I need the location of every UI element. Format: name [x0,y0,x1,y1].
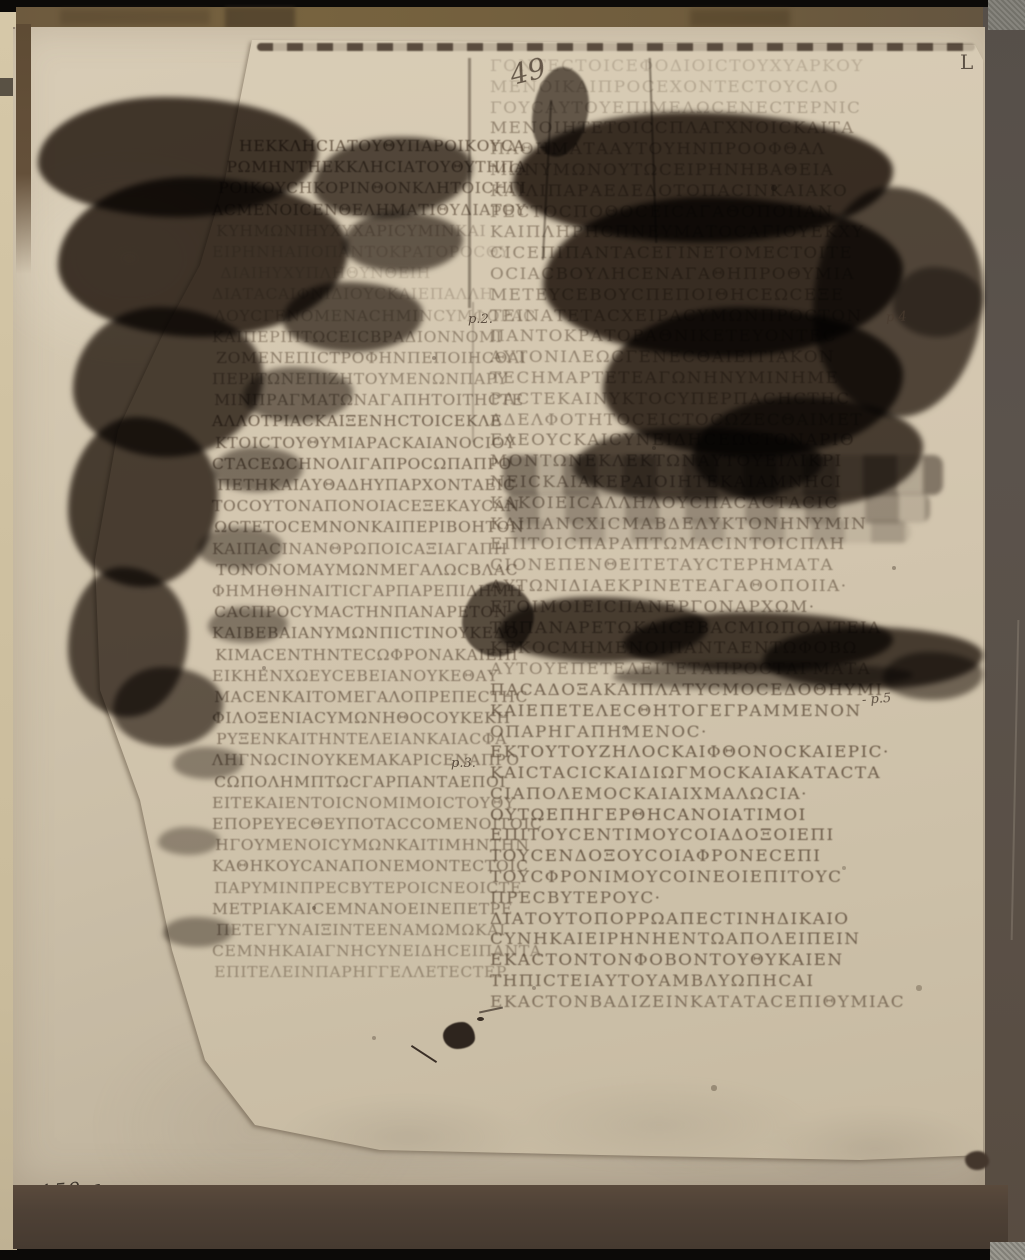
foxing-specks [13,27,15,29]
top-edge-soiling [257,43,975,51]
collation-mark-p5: - p.5 [862,691,892,708]
leaf-bottom-discoloration [263,1077,983,1197]
mount-board-left [16,24,31,274]
photo-print: ΗΕΚΚΛΗCΙΑΤΟΥΘΥΠΑΡΟΙΚΟΥCΑΡΩΜΗΝΤΗΕΚΚΛΗCΙΑΤ… [13,27,985,1185]
binding-cloth-corner-bottom [990,1242,1025,1260]
manuscript-text-line: ΔΙΑΤΟΥΤΟΠΟΡΡΩΑΠΕCΤΙΝΗΔΙΚΑΙΟ [490,909,905,930]
manuscript-text-line: ΕΚΑCΤΟΝΤΟΝΦΟΒΟΝΤΟΥΘΥΚΑΙΕΝ [490,950,905,971]
manuscript-text-line: ΠΡΕCΒΥΤΕΡΟΥC· [490,888,905,909]
manuscript-text-line: ΕΚΑCΤΟΝΒΑΔΙΖΕΙΝΚΑΤΑΤΑCΕΠΙΘΥΜΙΑC [490,992,905,1013]
manuscript-text-line: ΤΟΥCΕΝΔΟΞΟΥCΟΙΑΦΡΟΝΕCΕΠΙ [490,846,905,867]
manuscript-text-line: ΟΠΑΡΗΓΑΠΗΜΕΝΟC· [490,722,905,743]
collation-mark-p2: p.2. [468,312,493,327]
binding-cloth-corner-top [988,0,1025,30]
smear-band [503,455,943,495]
gutter-crease [468,58,471,308]
mount-stain [225,7,295,29]
photograph-of-manuscript-page: ΗΕΚΚΛΗCΙΑΤΟΥΘΥΠΑΡΟΙΚΟΥCΑΡΩΜΗΝΤΗΕΚΚΛΗCΙΑΤ… [0,0,1025,1260]
manuscript-text-line: ΤΟΥCΦΡΟΝΙΜΟΥCΟΙΝΕΟΙΕΠΙΤΟΥC [490,867,905,888]
smear-band [505,493,930,523]
manuscript-text-line: CΥΝΗΚΑΙΕΙΡΗΝΗΕΝΤΩΑΠΟΛΕΙΠΕΙΝ [490,929,905,950]
collation-mark-p3: p.3. [451,756,476,771]
dark-spot-bottom-right [965,1151,989,1170]
manuscript-text-line: ΕΚΤΟΥΤΟΥΖΗΛΟCΚΑΙΦΘΟΝΟCΚΑΙΕΡΙC· [490,742,905,763]
corner-mark: L [960,50,973,74]
album-edge-notch [0,78,13,96]
mount-board-bottom [13,1185,1008,1249]
manuscript-text-line: ΚΑΙΕΠΕΤΕΛΕCΘΗΤΟΓΕΓΡΑΜΜΕΝΟΝ [490,701,905,722]
mount-stain [60,9,210,25]
smear-band [511,521,911,543]
manuscript-text-line: CΙΟΝΕΠΕΝΘΕΙΤΕΤΑΥCΤΕΡΗΜΑΤΑ [490,555,905,576]
manuscript-text-line: ΟΥΤΩΕΠΗΓΕΡΘΗCΑΝΟΙΑΤΙΜΟΙ [490,805,905,826]
manuscript-text-line: ΕΠΙΤΟΥCΕΝΤΙΜΟΥCΟΙΑΔΟΞΟΙΕΠΙ [490,825,905,846]
manuscript-text-line: ΑΥΤΩΝΙΔΙΑΕΚΡΙΝΕΤΕΑΓΑΘΟΠΟΙΙΑ· [490,576,905,597]
mount-stain [690,9,790,27]
manuscript-text-line: ΤΗΠΙCΤΕΙΑΥΤΟΥΑΜΒΛΥΩΠΗCΑΙ [490,971,905,992]
ink-blot [443,1022,475,1049]
manuscript-text-line: CΙΑΠΟΛΕΜΟCΚΑΙΑΙΧΜΑΛΩCΙΑ· [490,784,905,805]
manuscript-text-line: ΚΑΙCΤΑCΙCΚΑΙΔΙΩΓΜΟCΚΑΙΑΚΑΤΑCΤΑ [490,763,905,784]
ink-blot-satellite [477,1017,484,1021]
collation-mark-p4: p.4 [886,309,907,325]
